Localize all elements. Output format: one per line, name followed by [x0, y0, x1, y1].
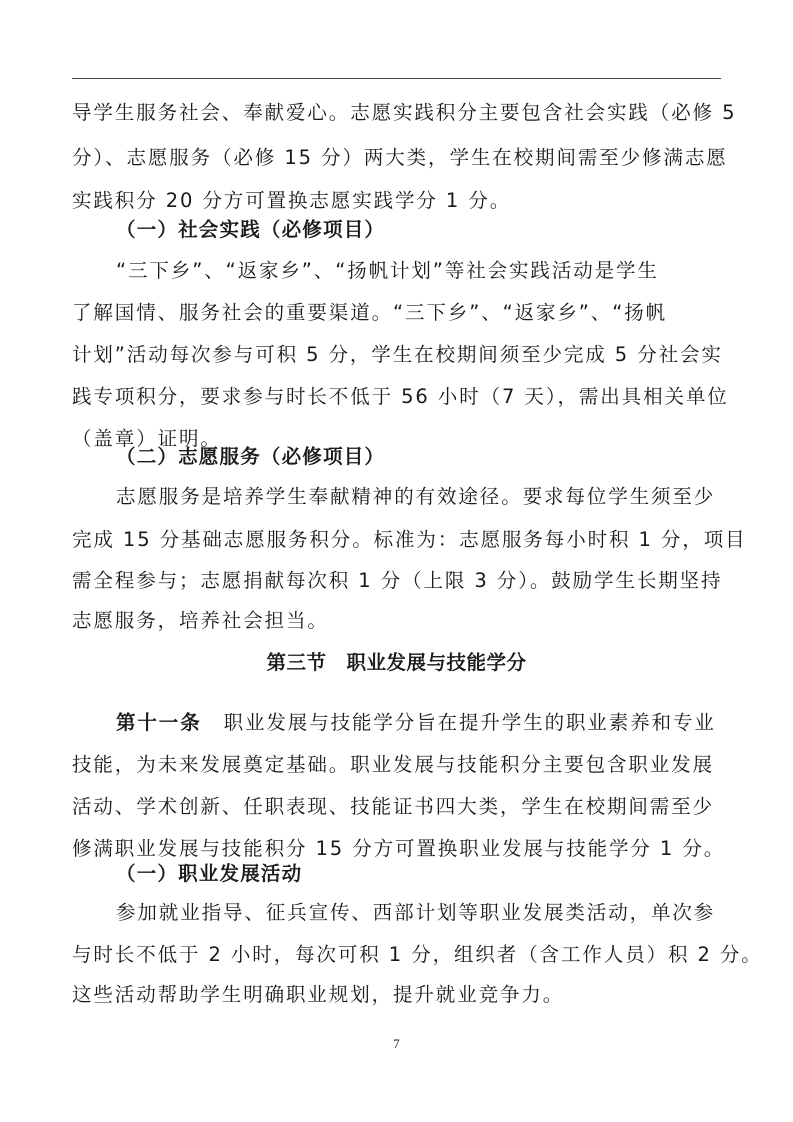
text-line: 完成 15 分基础志愿服务积分。标准为：志愿服务每小时积 1 分，项目: [72, 527, 724, 553]
article-label: 第十一条: [116, 711, 202, 734]
text-line: 修满职业发展与技能积分 15 分方可置换职业发展与技能学分 1 分。: [72, 836, 724, 862]
subsection-heading: （一）职业发展活动: [116, 861, 768, 887]
text-line: 践专项积分，要求参与时长不低于 56 小时（7 天），需出具相关单位: [72, 384, 724, 410]
text-line: 志愿服务是培养学生奉献精神的有效途径。要求每位学生须至少: [116, 484, 768, 510]
text-line: “三下乡”、“返家乡”、“扬帆计划”等社会实践活动是学生: [116, 258, 768, 284]
subsection-heading: （一）社会实践（必修项目）: [116, 217, 768, 243]
text-line: 分）、志愿服务（必修 15 分）两大类，学生在校期间需至少修满志愿: [72, 145, 724, 171]
header-rule: [72, 78, 721, 79]
text-line: 需全程参与；志愿捐献每次积 1 分（上限 3 分）。鼓励学生长期坚持: [72, 568, 724, 594]
text-line: 技能，为未来发展奠定基础。职业发展与技能积分主要包含职业发展: [72, 752, 724, 778]
text-line: 计划”活动每次参与可积 5 分，学生在校期间须至少完成 5 分社会实: [72, 342, 724, 368]
text-line: 与时长不低于 2 小时，每次可积 1 分，组织者（含工作人员）积 2 分。: [72, 942, 724, 968]
section-title: 第三节 职业发展与技能学分: [72, 650, 721, 676]
text-line: 参加就业指导、征兵宣传、西部计划等职业发展类活动，单次参: [116, 900, 768, 926]
text-line: 这些活动帮助学生明确职业规划，提升就业竞争力。: [72, 982, 724, 1008]
text-line: 志愿服务，培养社会担当。: [72, 608, 724, 634]
text-line: 实践积分 20 分方可置换志愿实践学分 1 分。: [72, 188, 724, 214]
text-line: 第十一条职业发展与技能学分旨在提升学生的职业素养和专业: [116, 710, 768, 736]
text-line: 导学生服务社会、奉献爱心。志愿实践积分主要包含社会实践（必修 5: [72, 100, 724, 126]
page-number: 7: [0, 1036, 793, 1052]
text-line: 了解国情、服务社会的重要渠道。“三下乡”、“返家乡”、“扬帆: [72, 300, 724, 326]
text-line: 活动、学术创新、任职表现、技能证书四大类，学生在校期间需至少: [72, 794, 724, 820]
article-text: 职业发展与技能学分旨在提升学生的职业素养和专业: [224, 711, 716, 734]
subsection-heading: （二）志愿服务（必修项目）: [116, 444, 768, 470]
